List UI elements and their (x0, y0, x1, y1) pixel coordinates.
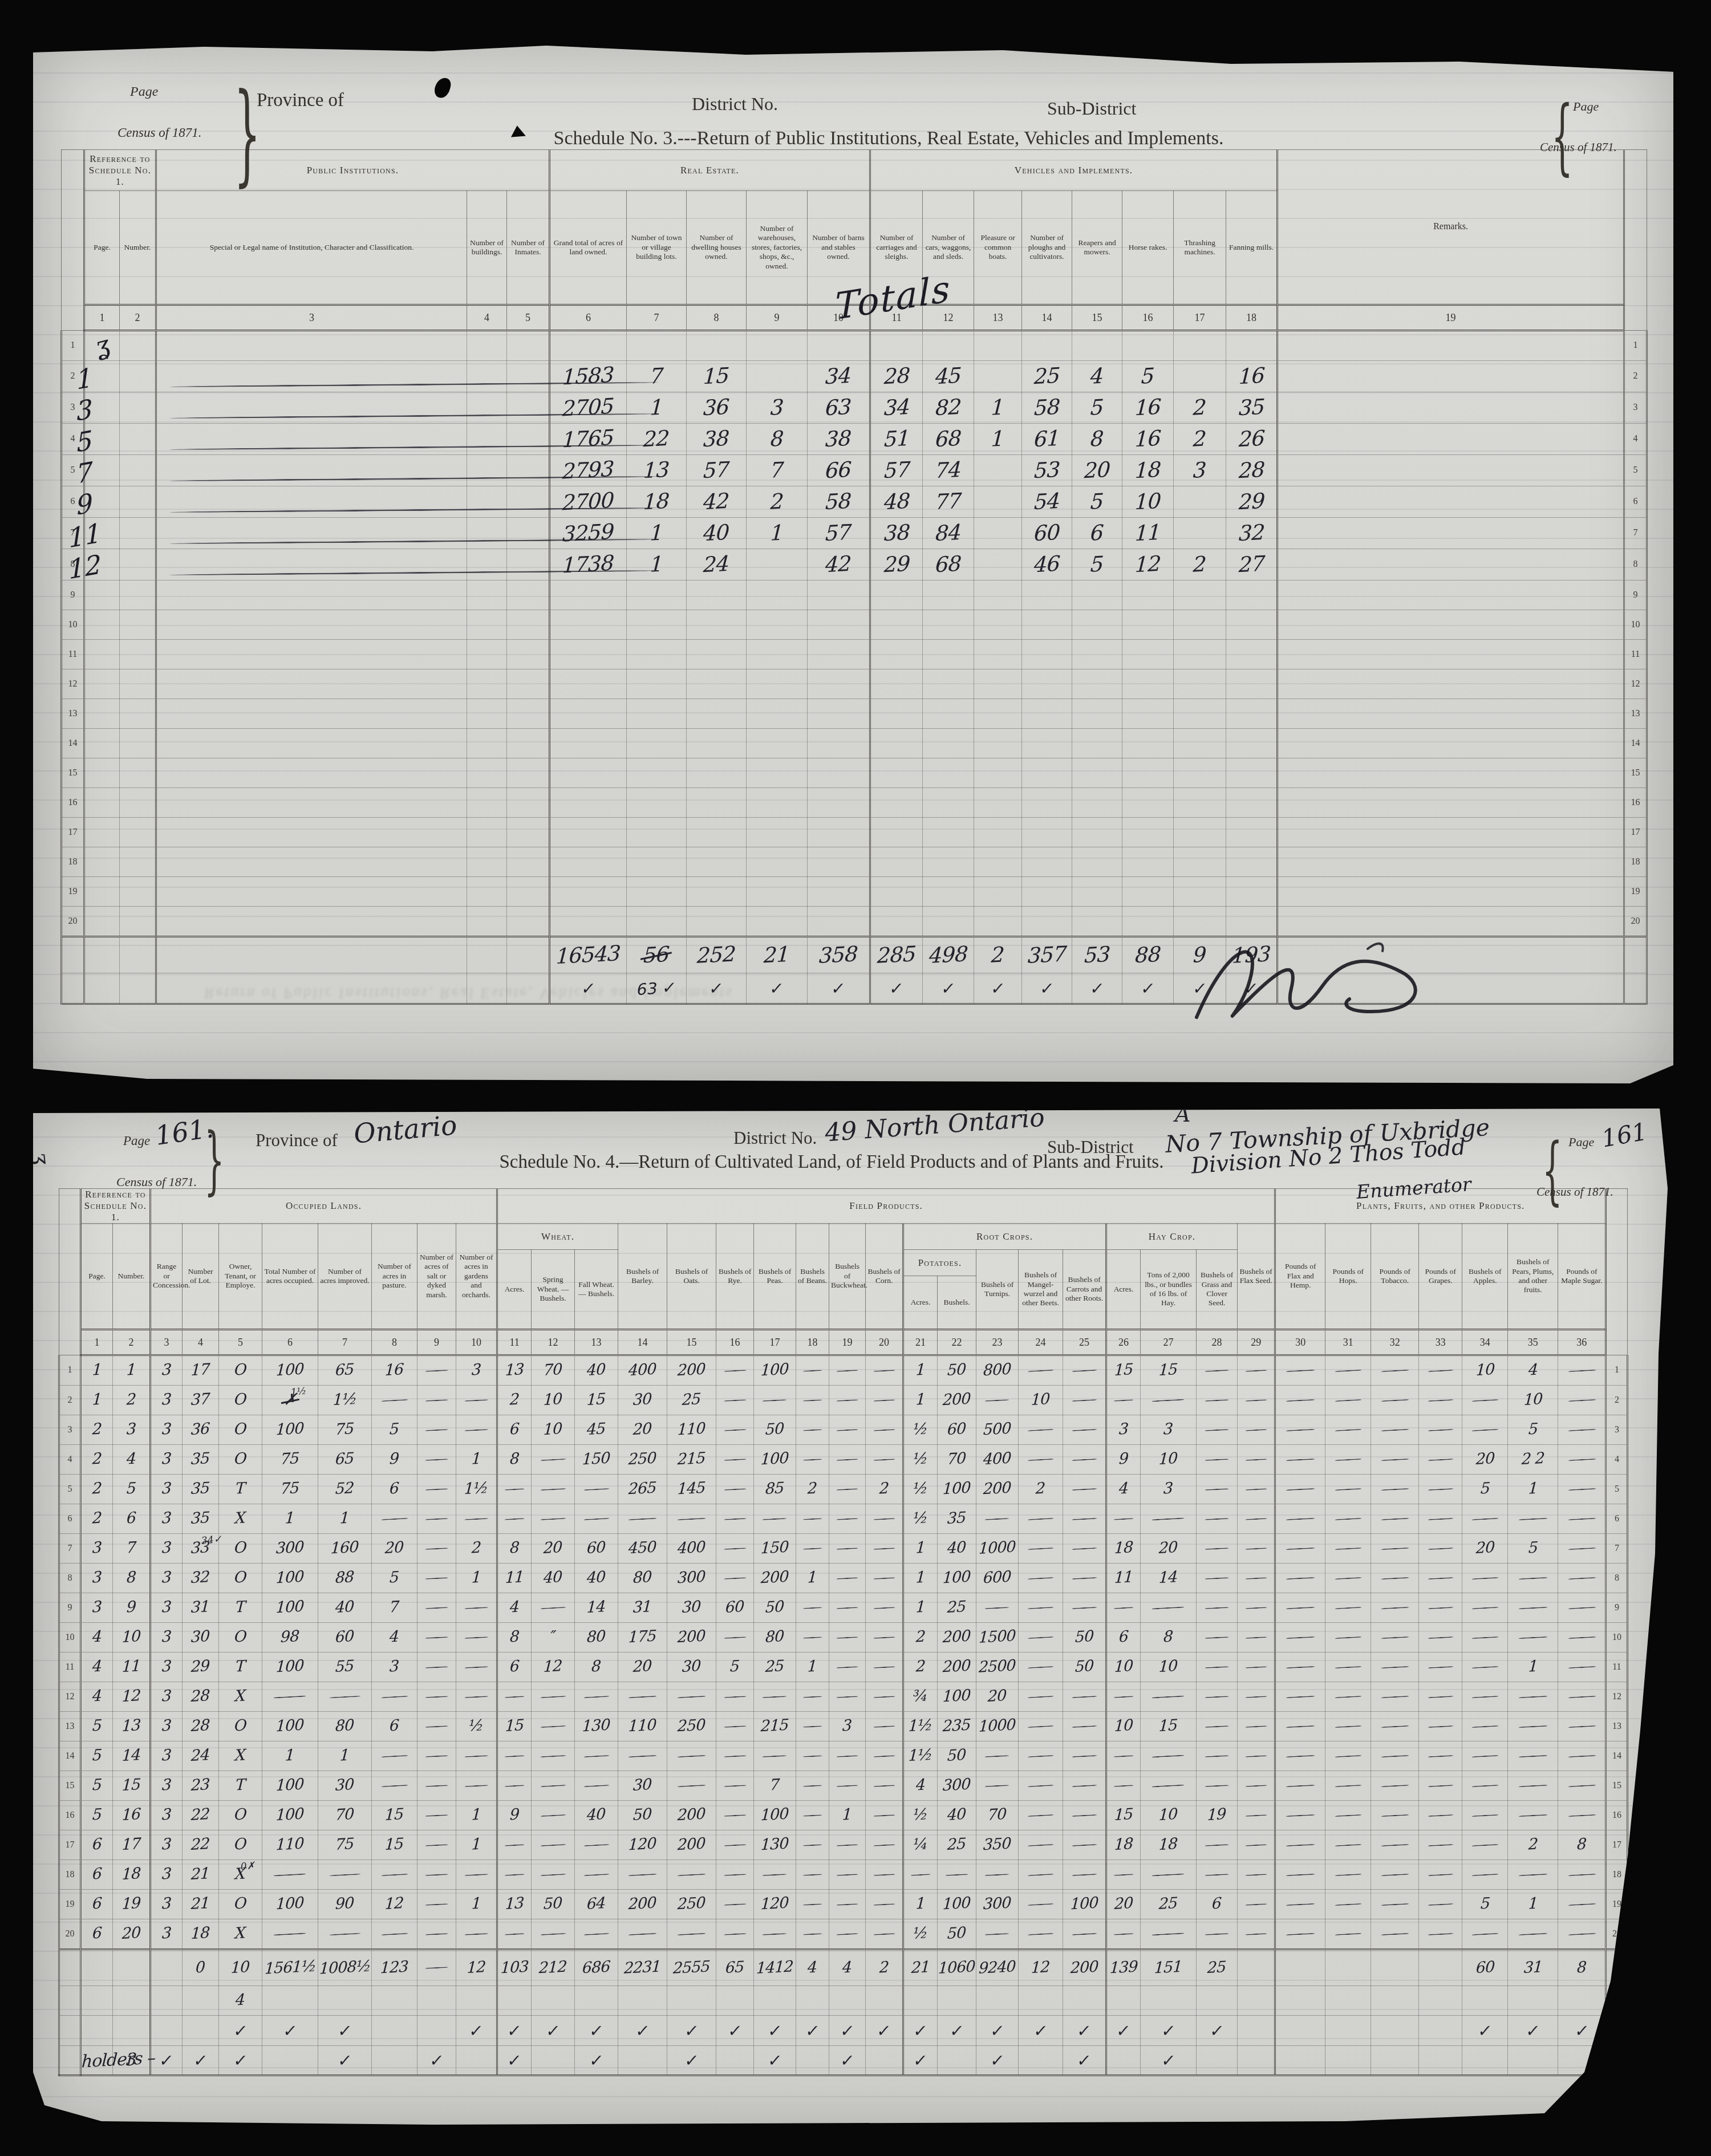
value-cell: 7 (627, 361, 687, 392)
column-header: Number of acres of salt or dyked marsh. (417, 1224, 456, 1330)
handwritten-value: O (234, 1541, 246, 1556)
value-cell (456, 1860, 497, 1890)
handwritten-dash (382, 1517, 408, 1520)
handwritten-value: 1 (471, 1808, 481, 1822)
value-cell (974, 788, 1022, 818)
value-cell (1275, 1386, 1325, 1415)
value-cell (1174, 610, 1226, 640)
value-cell (1122, 788, 1174, 818)
handwritten-dash (1246, 1518, 1267, 1520)
value-cell (1325, 1534, 1371, 1564)
row-number-left: 1 (62, 331, 84, 361)
totals-value-cell: 25 (1197, 1950, 1238, 1986)
value-cell: 15 (372, 1801, 417, 1830)
value-cell (1325, 1771, 1371, 1801)
handwritten-dash (425, 1488, 448, 1490)
value-cell: 200 (938, 1386, 976, 1415)
handwritten-dash (505, 1488, 524, 1491)
handwritten-value: 200 (983, 1481, 1012, 1497)
check-cell (1325, 2016, 1371, 2046)
handwritten-value: 77 (935, 492, 962, 512)
value-cell (1226, 610, 1278, 640)
value-cell: ½ (903, 1445, 938, 1475)
handwritten-value: 1 (92, 1363, 102, 1378)
handwritten-value: 3 (390, 1660, 399, 1674)
handwritten-dash (1381, 1844, 1409, 1846)
value-cell: 6 (1106, 1623, 1141, 1652)
handwritten-dash (1472, 1606, 1498, 1609)
value-cell (829, 1355, 866, 1386)
value-cell (866, 1415, 903, 1445)
value-cell: 10 (113, 1623, 151, 1652)
value-cell (829, 1475, 866, 1504)
check-cell: ✓ (219, 2016, 262, 2046)
handwritten-dash (1205, 1932, 1228, 1935)
handwritten-value: 250 (678, 1897, 706, 1912)
footer-cell (1325, 2046, 1371, 2076)
column-header: Number of warehouses, stores, factories,… (747, 191, 808, 305)
value-cell (1275, 1741, 1325, 1771)
value-cell (1197, 1682, 1238, 1712)
value-cell (687, 788, 747, 818)
value-cell (1197, 1355, 1238, 1386)
handwritten-value: 8 (1163, 1630, 1173, 1645)
annotated-cell: ✗1½ (284, 1393, 297, 1407)
value-cell: 75 (262, 1475, 318, 1504)
handwritten-value: 28 (883, 366, 910, 387)
totals-value-cell (754, 1986, 796, 2016)
handwritten-dash (1381, 1428, 1409, 1431)
value-cell (1325, 1564, 1371, 1593)
handwritten-dash (1286, 1369, 1315, 1372)
handwritten-dash (1568, 1458, 1596, 1460)
handwritten-value: 1 (915, 1363, 925, 1378)
buildings-cell (467, 907, 507, 937)
handwritten-dash (505, 1874, 524, 1876)
column-header: Acres. (903, 1276, 938, 1330)
handwritten-value: 20 (1475, 1541, 1495, 1556)
totals-value-cell (151, 1986, 183, 2016)
value-cell (1141, 1860, 1197, 1890)
handwritten-value: 1561½ (264, 1959, 316, 1976)
handwritten-dash (1428, 1399, 1453, 1401)
handwritten-value: 8 (126, 1571, 136, 1585)
row-number-left: 14 (62, 729, 84, 758)
value-cell (372, 1919, 417, 1950)
value-cell: 1 (318, 1741, 372, 1771)
row-number-right: 17 (1606, 1830, 1628, 1860)
value-cell (456, 1652, 497, 1682)
handwritten-dash (1028, 1903, 1053, 1905)
value-cell (1063, 1712, 1106, 1741)
handwritten-value: 300 (983, 1897, 1012, 1912)
handwritten-dash (724, 1755, 746, 1757)
handwritten-value: 10 (1114, 1719, 1133, 1733)
handwritten-value: 3 (161, 1838, 171, 1852)
handwritten-value: 60 (1475, 1960, 1495, 1975)
check-cell: ✓ (1197, 2016, 1238, 2046)
handwritten-value: 25 (682, 1392, 702, 1407)
value-cell (1022, 847, 1072, 877)
totals-value-cell (183, 1986, 219, 2016)
handwritten-value: 100 (761, 1363, 789, 1378)
handwritten-value: 7 (650, 366, 663, 386)
handwritten-dash (1114, 1607, 1133, 1609)
footer-cell: ✓ (1141, 2046, 1197, 2076)
handwritten-dash (584, 1844, 609, 1846)
buildings-cell (467, 610, 507, 640)
value-cell (923, 758, 974, 788)
value-cell (550, 610, 627, 640)
totals-value-cell (417, 1950, 456, 1986)
column-header: Total Number of acres occupied. (262, 1224, 318, 1330)
institution-name-cell (156, 424, 467, 455)
value-cell: 20 (1072, 455, 1122, 486)
totals-value-cell (1325, 1986, 1371, 2016)
handwritten-value: 34 (883, 397, 910, 418)
inmates-cell (507, 424, 550, 455)
table-row: 1818 (62, 847, 1647, 877)
value-cell (716, 1564, 754, 1593)
value-cell (532, 1712, 575, 1741)
value-cell: 15 (1106, 1801, 1141, 1830)
column-number: 15 (1072, 305, 1122, 331)
handwritten-dash (873, 1696, 894, 1698)
group-header: Reference to Schedule No. 1. (81, 1189, 151, 1224)
check-cell: ✓ (903, 2016, 938, 2046)
value-cell (417, 1652, 456, 1682)
value-cell: 250 (667, 1712, 716, 1741)
value-cell: 3 (81, 1593, 113, 1623)
column-header: Reapers and mowers. (1072, 191, 1122, 305)
value-cell (747, 729, 808, 758)
value-cell (866, 1623, 903, 1652)
value-cell (417, 1741, 456, 1771)
value-cell (808, 610, 870, 640)
value-cell: 2 (81, 1475, 113, 1504)
totals-value-cell: 139 (1106, 1950, 1141, 1986)
handwritten-dash (1286, 1873, 1315, 1876)
value-cell (575, 1741, 618, 1771)
handwritten-value: 3 (92, 1571, 102, 1585)
buildings-cell (467, 455, 507, 486)
handwritten-value: 11 (1114, 1570, 1133, 1585)
handwritten-value: 3 (161, 1808, 171, 1822)
value-cell (1072, 610, 1122, 640)
column-header: Acres. (1106, 1250, 1141, 1330)
handwritten-dash (1072, 1844, 1097, 1846)
handwritten-dash (837, 1933, 858, 1935)
value-cell (829, 1445, 866, 1475)
value-cell: 40 (938, 1801, 976, 1830)
value-cell (618, 1919, 667, 1950)
column-number: 25 (1063, 1330, 1106, 1355)
value-cell: 6 (497, 1415, 532, 1445)
handwritten-dash (425, 1725, 448, 1727)
margin-header (59, 1189, 81, 1355)
footer-cell (1508, 2046, 1558, 2076)
handwritten-dash (1072, 1606, 1097, 1609)
value-cell: 10 (1462, 1355, 1508, 1386)
column-number: 19 (1278, 305, 1624, 331)
value-cell (1275, 1919, 1325, 1950)
checkmark: ✓ (232, 2051, 248, 2070)
value-cell: 25 (667, 1386, 716, 1415)
handwritten-dash (425, 1695, 448, 1698)
value-cell (1325, 1830, 1371, 1860)
handwritten-value: 130 (582, 1719, 611, 1734)
handwritten-value: 85 (765, 1481, 785, 1496)
column-header: Number of acres improved. (318, 1224, 372, 1330)
value-cell: 7 (372, 1593, 417, 1623)
checkmark: ✓ (506, 2021, 522, 2041)
handwritten-dash (1381, 1369, 1409, 1372)
handwritten-value: 2 (1528, 1838, 1538, 1852)
handwritten-value: 100 (276, 1778, 305, 1793)
checkmark: ✓ (282, 2021, 298, 2041)
value-cell (974, 331, 1022, 361)
value-cell: 10 (1019, 1386, 1063, 1415)
subgroup-header: Potatoes. (903, 1250, 976, 1276)
handwritten-value: 60 (335, 1630, 355, 1645)
value-cell (903, 1860, 938, 1890)
value-cell: 11 (1122, 518, 1174, 549)
value-cell (532, 1741, 575, 1771)
value-cell: 19 (1197, 1801, 1238, 1830)
handwritten-value: 1 (650, 523, 663, 543)
handwritten-value: 3 (770, 397, 784, 417)
value-cell: 100 (262, 1771, 318, 1801)
handwritten-value: 4 (92, 1660, 102, 1674)
value-cell (808, 331, 870, 361)
value-cell: 22 (183, 1801, 219, 1830)
handwritten-dash (1381, 1666, 1409, 1668)
handwritten-value: 30 (682, 1600, 702, 1615)
handwritten-value: 40 (947, 1808, 967, 1822)
value-cell (667, 1771, 716, 1801)
row-number-left: 19 (62, 877, 84, 907)
check-cell (417, 2016, 456, 2046)
handwritten-value: T (235, 1482, 245, 1496)
value-cell (1197, 1919, 1238, 1950)
handwritten-dash (1028, 1784, 1053, 1786)
handwritten-value: 15 (1114, 1363, 1133, 1378)
handwritten-value: 5 (1528, 1541, 1538, 1556)
value-cell: 1 (1508, 1890, 1558, 1919)
value-cell (497, 1830, 532, 1860)
handwritten-dash (584, 1784, 609, 1786)
value-cell (976, 1771, 1019, 1801)
totals-value-cell (1106, 1986, 1141, 2016)
column-number: 11 (497, 1330, 532, 1355)
value-cell: 22 (183, 1830, 219, 1860)
handwritten-value: 110 (276, 1837, 305, 1853)
checkmark: ✓ (839, 2051, 855, 2070)
handwritten-dash (1286, 1666, 1315, 1668)
value-cell (1371, 1534, 1419, 1564)
value-cell (575, 1860, 618, 1890)
totals-value-cell: 21 (747, 937, 808, 973)
schedule4-page: Page 161. } Census of 1871. Province of … (33, 1109, 1673, 2135)
handwritten-value: X (235, 1689, 246, 1703)
handwritten-dash (985, 1873, 1009, 1875)
handwritten-value: 16 (1238, 366, 1265, 387)
column-number: 10 (456, 1330, 497, 1355)
handwritten-dash (1246, 1755, 1267, 1757)
handwritten-value: 25 (947, 1600, 967, 1615)
value-cell: 1738 (550, 549, 627, 580)
handwritten-dash (1114, 1755, 1133, 1757)
value-cell: 3 (829, 1712, 866, 1741)
buildings-cell (467, 549, 507, 580)
handwritten-dash (1028, 1369, 1053, 1371)
name-cell (156, 937, 467, 973)
handwritten-superscript: 1½ (290, 1386, 307, 1399)
handwritten-value: 8 (1577, 1960, 1587, 1975)
column-number: 2 (120, 305, 156, 331)
value-cell (1019, 1564, 1063, 1593)
value-cell: 10 (1141, 1652, 1197, 1682)
value-cell: 3334✓ (183, 1534, 219, 1564)
handwritten-dash (1246, 1933, 1267, 1935)
handwritten-value: O (234, 1897, 246, 1911)
handwritten-value: 10 (1134, 492, 1161, 512)
totals-value-cell: 498 (923, 937, 974, 973)
value-cell: 235 (938, 1712, 976, 1741)
handwritten-value: X (235, 1511, 246, 1525)
handwritten-value: 20 (988, 1689, 1007, 1704)
handwritten-value: 1 (285, 1749, 295, 1763)
handwritten-value: 110 (629, 1719, 657, 1734)
value-cell: 100 (262, 1801, 318, 1830)
value-cell: 60 (575, 1534, 618, 1564)
handwritten-value: 15 (703, 366, 730, 387)
handwritten-dash (1246, 1548, 1267, 1550)
handwritten-dash (803, 1548, 822, 1550)
handwritten-dash (1028, 1666, 1053, 1668)
value-cell: 14 (1141, 1564, 1197, 1593)
value-cell (1371, 1652, 1419, 1682)
value-cell (808, 818, 870, 847)
value-cell: 400 (976, 1445, 1019, 1475)
handwritten-dash (1072, 1488, 1097, 1490)
handwritten-dash (541, 1488, 566, 1490)
value-cell: 8 (497, 1534, 532, 1564)
handwritten-value: 18 (1134, 460, 1161, 481)
handwritten-value: 1 (915, 1541, 925, 1556)
value-cell: 8 (747, 424, 808, 455)
value-cell: 1 (829, 1801, 866, 1830)
value-cell (1226, 331, 1278, 361)
handwritten-page-ref: 5 (76, 424, 94, 458)
value-cell: 58 (808, 486, 870, 518)
footer-cell (1419, 2046, 1462, 2076)
value-cell (829, 1860, 866, 1890)
remarks-cell (1278, 640, 1624, 669)
value-cell (1197, 1415, 1238, 1445)
value-cell (1063, 1771, 1106, 1801)
value-cell (1197, 1564, 1238, 1593)
value-cell: 120 (618, 1830, 667, 1860)
handwritten-value: 3 (471, 1363, 481, 1378)
column-header: Bushels of Apples. (1462, 1224, 1508, 1330)
totals-value-cell (1141, 1986, 1197, 2016)
handwritten-dash (1472, 1932, 1498, 1935)
row-number-right: 18 (1606, 1860, 1628, 1890)
handwritten-value: 3 (161, 1779, 171, 1793)
value-cell (1371, 1801, 1419, 1830)
totals-value-cell: 16543 (550, 937, 627, 973)
checkmark: ✓ (1160, 2051, 1176, 2070)
value-cell (829, 1534, 866, 1564)
column-header: Bushels of Mangel-wurzel and other Beets… (1019, 1250, 1063, 1330)
value-cell (1462, 1623, 1508, 1652)
value-cell: 58 (1022, 392, 1072, 424)
value-cell (262, 1860, 318, 1890)
number-cell (120, 847, 156, 877)
handwritten-dash (1428, 1666, 1453, 1668)
handwritten-value: 13 (643, 460, 670, 481)
value-cell (866, 1386, 903, 1415)
value-cell: 1 (627, 518, 687, 549)
value-cell (754, 1682, 796, 1712)
value-cell (1063, 1593, 1106, 1623)
handwritten-dash (425, 1784, 448, 1786)
value-cell: ½ (456, 1712, 497, 1741)
value-cell (1558, 1771, 1606, 1801)
handwritten-dash (1381, 1547, 1409, 1550)
value-cell (456, 1504, 497, 1534)
value-cell: 3 (151, 1504, 183, 1534)
number-cell (120, 877, 156, 907)
value-cell: 4 (372, 1623, 417, 1652)
handwritten-value: 4 (842, 1960, 852, 1975)
handwritten-dash (1472, 1784, 1498, 1786)
column-header: Bushels of Barley. (618, 1224, 667, 1330)
value-cell (1226, 640, 1278, 669)
value-cell: 80 (754, 1623, 796, 1652)
table-row: 1717 (62, 818, 1647, 847)
totals-value-cell (1275, 1986, 1325, 2016)
column-number: 3 (156, 305, 467, 331)
column-number: 6 (550, 305, 627, 331)
value-cell (417, 1534, 456, 1564)
value-cell (1419, 1860, 1462, 1890)
value-cell (808, 847, 870, 877)
handwritten-dash (1472, 1814, 1498, 1816)
handwritten-dash (837, 1518, 858, 1520)
value-cell (796, 1801, 829, 1830)
value-cell: 6 (1072, 518, 1122, 549)
value-cell: 70 (532, 1355, 575, 1386)
value-cell (866, 1682, 903, 1712)
column-number: 28 (1197, 1330, 1238, 1355)
value-cell (1419, 1890, 1462, 1919)
value-cell: 1 (456, 1801, 497, 1830)
handwritten-value: 3 (842, 1719, 852, 1733)
handwritten-dash (837, 1370, 858, 1372)
row-number-left: 16 (62, 788, 84, 818)
value-cell: 51 (870, 424, 923, 455)
number-cell (120, 818, 156, 847)
totals-value-cell: 12 (1019, 1950, 1063, 1986)
value-cell: 6 (372, 1475, 417, 1504)
handwritten-dash (425, 1814, 448, 1816)
column-header: Bushels of Pears, Plums, and other fruit… (1508, 1224, 1558, 1330)
row-number-right: 14 (1624, 729, 1647, 758)
table-row: 1ʓ1 (62, 331, 1647, 361)
handwritten-dash (382, 1873, 408, 1875)
